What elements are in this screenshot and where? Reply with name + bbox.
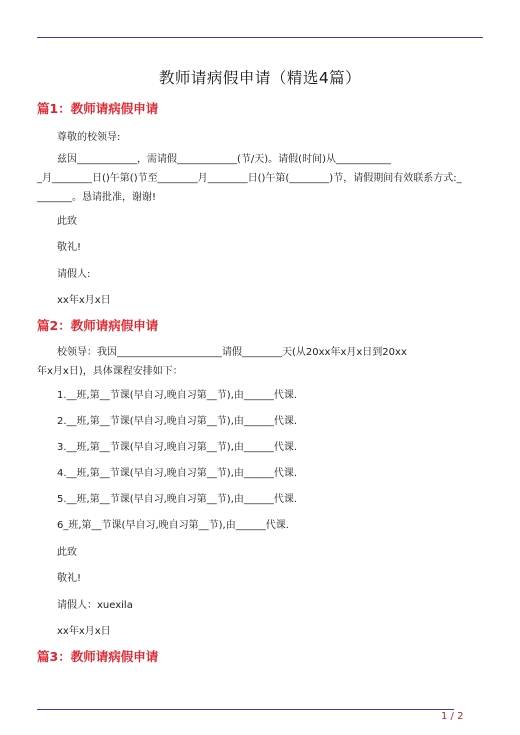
body-line: 兹因____________，需请假____________(节/天)。请假(时…	[37, 150, 462, 169]
page-number: 1 / 2	[441, 711, 463, 722]
section-2-date: xx年x月x日	[57, 622, 111, 637]
section-1-signature: 请假人:	[57, 265, 90, 280]
document-title: 教师请病假申请（精选4篇）	[0, 66, 520, 88]
schedule-item-5: 5.__班,第__节课(早自习,晚自习第__节),由______代课.	[57, 490, 297, 505]
section-2-signature: 请假人：xuexila	[57, 596, 133, 611]
body-line: _月________日()午第()节至________月________日()午…	[37, 169, 462, 188]
schedule-item-4: 4.__班,第__节课(早自习,晚自习第__节),由______代课.	[57, 464, 297, 479]
schedule-item-3: 3.__班,第__节课(早自习,晚自习第__节),由______代课.	[57, 438, 297, 453]
section-1-closing-1: 此致	[57, 212, 77, 227]
body-line: _______。恳请批准，谢谢!	[37, 188, 462, 207]
section-1-heading: 篇1：教师请病假申请	[37, 99, 158, 117]
section-1-closing-2: 敬礼!	[57, 238, 81, 253]
section-2-closing-1: 此致	[57, 543, 77, 558]
schedule-item-2: 2.__班,第__节课(早自习,晚自习第__节),由______代课.	[57, 412, 297, 427]
header-rule	[37, 37, 483, 38]
body-line: 年x月x日)，具体课程安排如下：	[37, 362, 407, 381]
schedule-item-6: 6_班,第__节课(早自习,晚自习第__节),由______代课.	[57, 516, 289, 531]
section-2-body: 校领导：我因_____________________请假________天(从…	[37, 343, 407, 381]
section-1-body: 兹因____________，需请假____________(节/天)。请假(时…	[37, 150, 462, 207]
schedule-item-1: 1.__班,第__节课(早自习,晚自习第__节),由______代课.	[57, 386, 297, 401]
section-3-heading: 篇3：教师请病假申请	[37, 647, 158, 665]
section-2-closing-2: 敬礼!	[57, 569, 81, 584]
section-1-salutation: 尊敬的校领导:	[57, 128, 120, 143]
section-1-date: xx年x月x日	[57, 291, 111, 306]
section-2-heading: 篇2：教师请病假申请	[37, 316, 158, 334]
body-line: 校领导：我因_____________________请假________天(从…	[37, 343, 407, 362]
footer-rule	[37, 709, 454, 710]
